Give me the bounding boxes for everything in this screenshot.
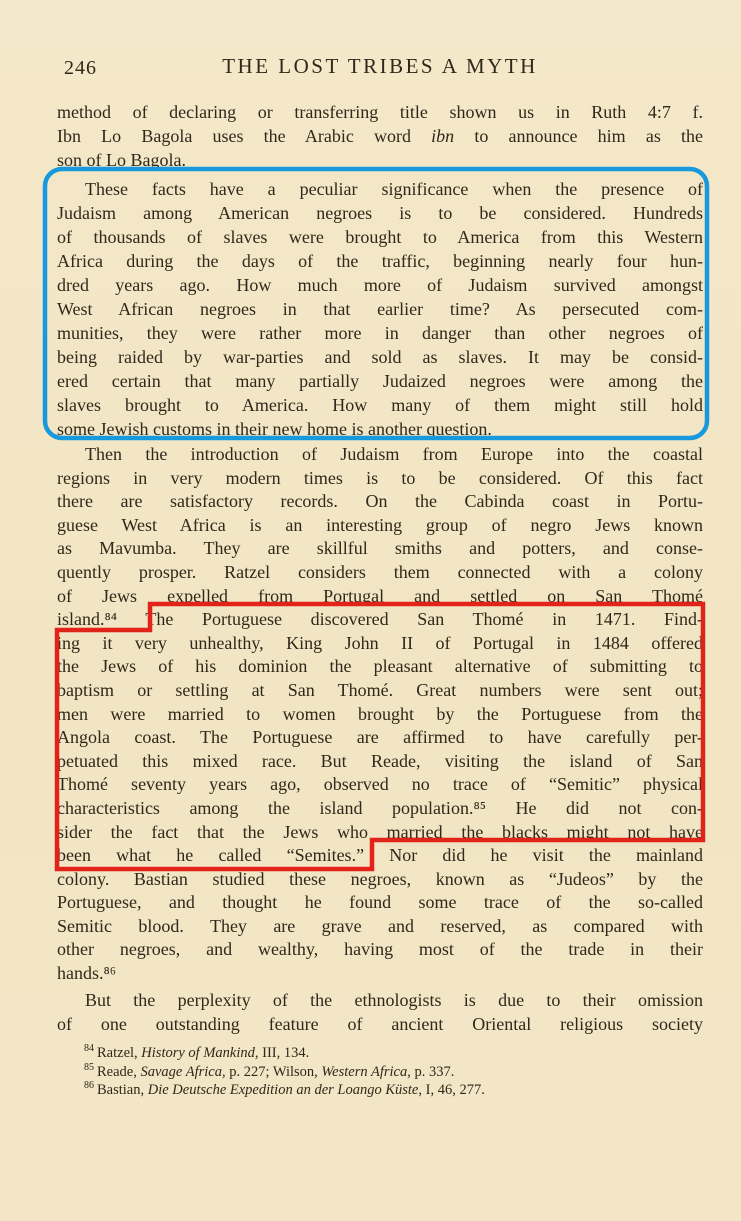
- scanned-book-page: 246 THE LOST TRIBES A MYTH method of dec…: [0, 0, 741, 1221]
- italic-title: Savage Africa: [140, 1064, 221, 1080]
- text-line: hands.⁸⁶: [57, 962, 703, 986]
- text-line: been what he called “Semites.” Nor did h…: [57, 844, 703, 868]
- footnote-number: 84: [84, 1043, 94, 1054]
- text-line: of Jews expelled from Portugal and settl…: [57, 585, 703, 609]
- text-line: Portuguese, and thought he found some tr…: [57, 891, 703, 915]
- text-segment: Ibn Lo Bagola uses the Arabic word: [57, 126, 431, 146]
- footnotes-block: 84Ratzel, History of Mankind, III, 134. …: [84, 1044, 714, 1100]
- text-line: guese West Africa is an interesting grou…: [57, 514, 703, 538]
- text-segment: Bastian,: [97, 1082, 148, 1098]
- text-segment: Reade,: [97, 1064, 140, 1080]
- text-line: slaves brought to America. How many of t…: [57, 393, 703, 417]
- footnote-number: 86: [84, 1080, 94, 1091]
- text-line: characteristics among the island populat…: [57, 797, 703, 821]
- main-paragraph: Then the introduction of Judaism from Eu…: [57, 443, 703, 986]
- text-line: men were married to women brought by the…: [57, 703, 703, 727]
- blue-boxed-paragraph: These facts have a peculiar significance…: [57, 177, 703, 441]
- text-line: sider the fact that the Jews who married…: [57, 821, 703, 845]
- text-line: of thousands of slaves were brought to A…: [57, 225, 703, 249]
- italic-title: Western Africa: [321, 1064, 407, 1080]
- text-segment: , p. 227; Wilson,: [222, 1064, 321, 1080]
- footnote: 86Bastian, Die Deutsche Expedition an de…: [84, 1081, 714, 1100]
- text-line: ered certain that many partially Judaize…: [57, 369, 703, 393]
- text-segment: , I, 46, 277.: [418, 1082, 484, 1098]
- italic-title: History of Mankind: [141, 1045, 255, 1061]
- text-line: Then the introduction of Judaism from Eu…: [57, 443, 703, 467]
- text-line: munities, they were rather more in dange…: [57, 321, 703, 345]
- text-line: Thomé seventy years ago, observed no tra…: [57, 773, 703, 797]
- text-line: These facts have a peculiar significance…: [57, 177, 703, 201]
- text-line: other negroes, and wealthy, having most …: [57, 938, 703, 962]
- text-segment: , p. 337.: [407, 1064, 454, 1080]
- closing-paragraph: But the perplexity of the ethnologists i…: [57, 988, 703, 1036]
- text-line: Africa during the days of the traffic, b…: [57, 249, 703, 273]
- text-line: regions in very modern times is to be co…: [57, 467, 703, 491]
- text-line: the Jews of his dominion the pleasant al…: [57, 655, 703, 679]
- text-line: baptism or settling at San Thomé. Great …: [57, 679, 703, 703]
- text-segment: , III, 134.: [255, 1045, 309, 1061]
- text-line: quently prosper. Ratzel considers them c…: [57, 561, 703, 585]
- footnote-number: 85: [84, 1062, 94, 1073]
- text-line: Semitic blood. They are grave and reserv…: [57, 915, 703, 939]
- text-line: of one outstanding feature of ancient Or…: [57, 1012, 703, 1036]
- italic-word: ibn: [431, 126, 454, 146]
- footnote: 84Ratzel, History of Mankind, III, 134.: [84, 1044, 714, 1063]
- page-title: THE LOST TRIBES A MYTH: [57, 54, 703, 79]
- text-line: petuated this mixed race. But Reade, vis…: [57, 750, 703, 774]
- text-line: colony. Bastian studied these negroes, k…: [57, 868, 703, 892]
- italic-title: Die Deutsche Expedition an der Loango Kü…: [148, 1082, 419, 1098]
- text-line: method of declaring or transferring titl…: [57, 100, 703, 124]
- footnote-text: Ratzel, History of Mankind, III, 134.: [97, 1045, 309, 1061]
- footnote-text: Bastian, Die Deutsche Expedition an der …: [97, 1082, 485, 1098]
- text-segment: Ratzel,: [97, 1045, 141, 1061]
- text-line: son of Lo Bagola.: [57, 148, 703, 172]
- text-line: Angola coast. The Portuguese are affirme…: [57, 726, 703, 750]
- text-line: some Jewish customs in their new home is…: [57, 417, 703, 441]
- text-line: there are satisfactory records. On the C…: [57, 490, 703, 514]
- text-line: island.⁸⁴ The Portuguese discovered San …: [57, 608, 703, 632]
- text-line: West African negroes in that earlier tim…: [57, 297, 703, 321]
- text-line: But the perplexity of the ethnologists i…: [57, 988, 703, 1012]
- footnote: 85Reade, Savage Africa, p. 227; Wilson, …: [84, 1063, 714, 1082]
- text-line: dred years ago. How much more of Judaism…: [57, 273, 703, 297]
- text-line: ing it very unhealthy, King John II of P…: [57, 632, 703, 656]
- text-segment: to announce him as the: [454, 126, 703, 146]
- intro-paragraph: method of declaring or transferring titl…: [57, 100, 703, 172]
- text-line: being raided by war-parties and sold as …: [57, 345, 703, 369]
- text-line: Judaism among American negroes is to be …: [57, 201, 703, 225]
- text-line: Ibn Lo Bagola uses the Arabic word ibn t…: [57, 124, 703, 148]
- footnote-text: Reade, Savage Africa, p. 227; Wilson, We…: [97, 1064, 454, 1080]
- text-line: as Mavumba. They are skillful smiths and…: [57, 537, 703, 561]
